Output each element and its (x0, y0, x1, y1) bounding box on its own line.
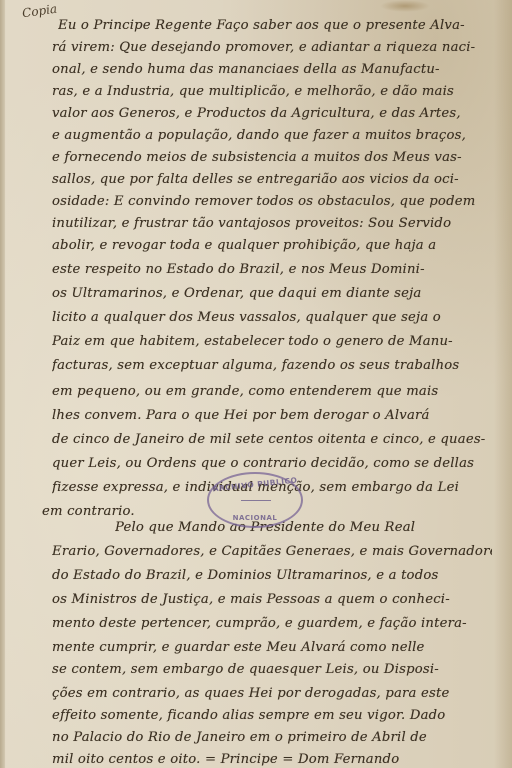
margin-note: Copia (21, 2, 58, 21)
manuscript-line: Pelo que Mando ao Presidente do Meu Real (115, 520, 512, 535)
manuscript-line: quer Leis, ou Ordens que o contrario dec… (52, 456, 492, 471)
manuscript-line: inutilizar, e frustrar tão vantajosos pr… (52, 216, 492, 231)
manuscript-line: lhes convem. Para o que Hei por bem dero… (52, 408, 492, 423)
manuscript-line: os Ministros de Justiça, e mais Pessoas … (52, 592, 492, 607)
manuscript-line: este respeito no Estado do Brazil, e nos… (52, 262, 492, 277)
manuscript-line: se contem, sem embargo de quaesquer Leis… (52, 662, 492, 677)
manuscript-line: mento deste pertencer, cumprão, e guarde… (52, 616, 492, 631)
manuscript-line: abolir, e revogar toda e qualquer prohib… (52, 238, 492, 253)
manuscript-line: do Estado do Brazil, e Dominios Ultramar… (52, 568, 492, 583)
manuscript-line: effeito somente, ficando alias sempre em… (52, 708, 492, 723)
manuscript-line: facturas, sem exceptuar alguma, fazendo … (52, 358, 492, 373)
manuscript-line: e fornecendo meios de subsistencia a mui… (52, 150, 492, 165)
stamp-rule (241, 500, 271, 501)
manuscript-line: rá virem: Que desejando promover, e adia… (52, 40, 492, 55)
manuscript-line: em pequeno, ou em grande, como entendere… (52, 384, 492, 399)
manuscript-line: e augmentão a população, dando que fazer… (52, 128, 492, 143)
manuscript-line: ções em contrario, as quaes Hei por dero… (52, 686, 492, 701)
manuscript-line: mente cumprir, e guardar este Meu Alvará… (52, 640, 492, 655)
manuscript-page: Copia Eu o Principe Regente Faço saber a… (0, 0, 512, 768)
manuscript-line: licito a qualquer dos Meus vassalos, qua… (52, 310, 492, 325)
stamp-bottom-text: NACIONAL (209, 514, 301, 522)
manuscript-line: mil oito centos e oito. = Principe = Dom… (52, 752, 492, 767)
manuscript-line: Eu o Principe Regente Faço saber aos que… (58, 18, 498, 33)
manuscript-line: no Palacio do Rio de Janeiro em o primei… (52, 730, 492, 745)
manuscript-line: os Ultramarinos, e Ordenar, que daqui em… (52, 286, 492, 301)
stamp-top-text: ARCHIVO PUBLICO (209, 475, 301, 494)
manuscript-line: valor aos Generos, e Productos da Agricu… (52, 106, 492, 121)
manuscript-line: ras, e a Industria, que multiplicão, e m… (52, 84, 492, 99)
manuscript-line: sallos, que por falta delles se entregar… (52, 172, 492, 187)
manuscript-line: de cinco de Janeiro de mil sete centos o… (52, 432, 492, 447)
manuscript-line: Paiz em que habitem, estabelecer todo o … (52, 334, 492, 349)
archive-stamp: ARCHIVO PUBLICO NACIONAL (207, 472, 303, 528)
manuscript-line: osidade: E convindo remover todos os obs… (52, 194, 492, 209)
manuscript-line: onal, e sendo huma das mananciaes della … (52, 62, 492, 77)
manuscript-line: Erario, Governadores, e Capitães Generae… (52, 544, 492, 559)
